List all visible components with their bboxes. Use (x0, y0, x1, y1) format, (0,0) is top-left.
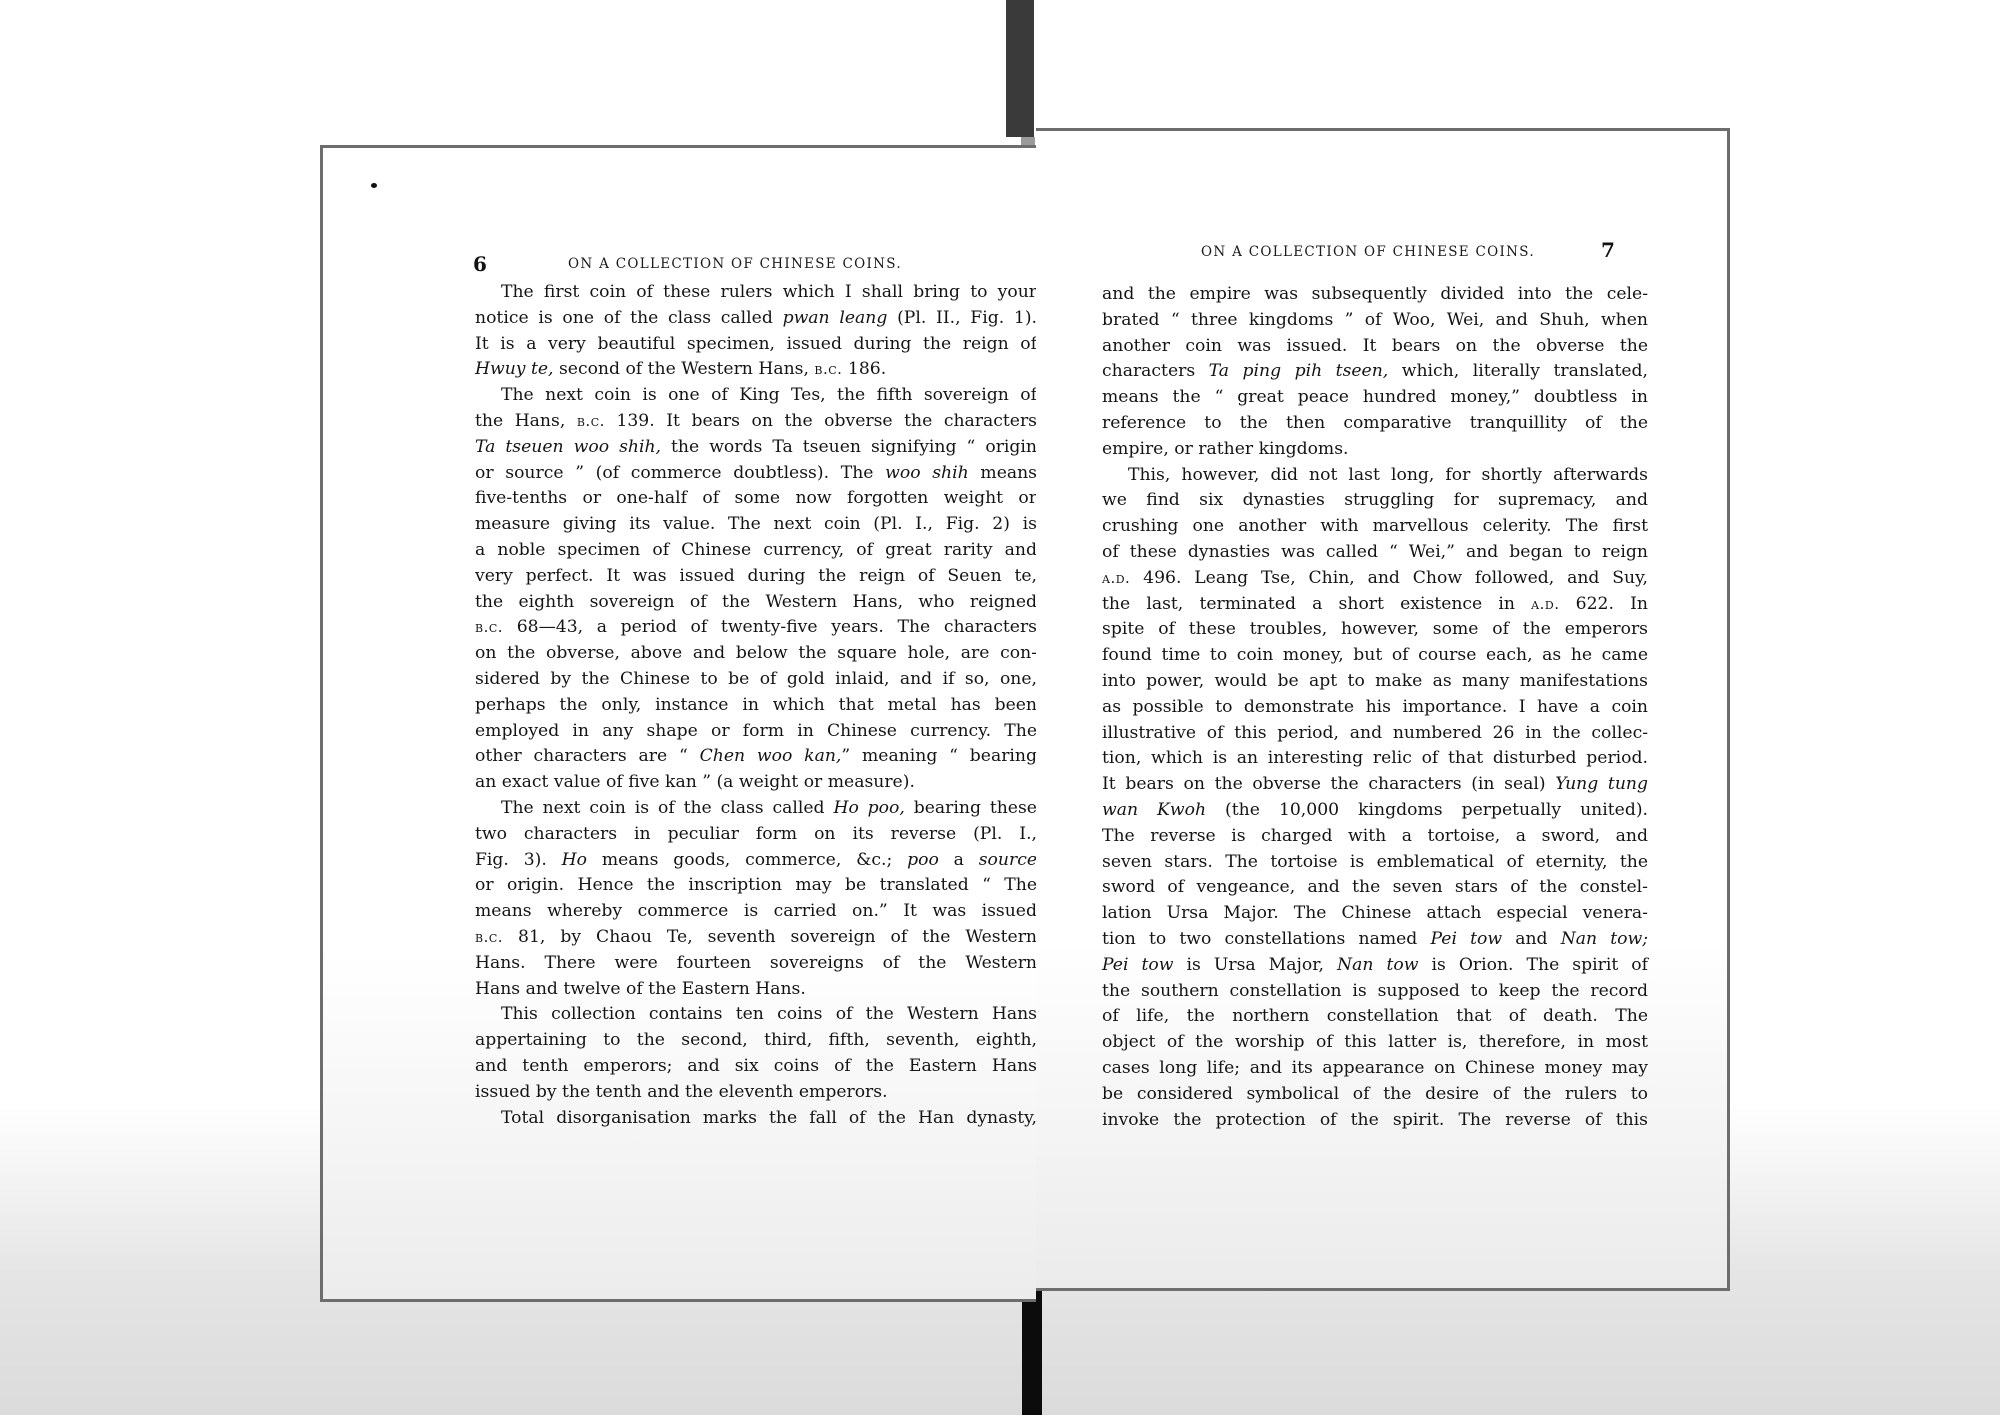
running-head: ON A COLLECTION OF CHINESE COINS. (568, 256, 902, 272)
text-line: characters Ta ping pih tseen, which, lit… (1102, 359, 1648, 385)
text-line: empire, or rather kingdoms. (1102, 437, 1648, 463)
text-line: sidered by the Chinese to be of gold inl… (475, 667, 1037, 693)
text-line: Hwuy te, second of the Western Hans, B.C… (475, 357, 1037, 383)
text-line: five-tenths or one-half of some now forg… (475, 486, 1037, 512)
body-text: The first coin of these rulers which I s… (475, 280, 1037, 1131)
text-line: very perfect. It was issued during the r… (475, 564, 1037, 590)
text-line: on the obverse, above and below the squa… (475, 641, 1037, 667)
page-number: 6 (473, 252, 487, 276)
page-number: 7 (1601, 238, 1615, 262)
text-line: Pei tow is Ursa Major, Nan tow is Orion.… (1102, 953, 1648, 979)
body-text: and the empire was subsequently divided … (1102, 282, 1648, 1133)
text-line: cases long life; and its appearance on C… (1102, 1056, 1648, 1082)
text-line: This collection contains ten coins of th… (475, 1002, 1037, 1028)
text-line: B.C. 68—43, a period of twenty-five year… (475, 615, 1037, 641)
text-line: The first coin of these rulers which I s… (475, 280, 1037, 306)
text-line: as possible to demonstrate his importanc… (1102, 695, 1648, 721)
text-line: notice is one of the class called pwan l… (475, 306, 1037, 332)
text-line: The next coin is one of King Tes, the fi… (475, 383, 1037, 409)
text-line: tion, which is an interesting relic of t… (1102, 746, 1648, 772)
text-line: we find six dynasties struggling for sup… (1102, 488, 1648, 514)
text-line: It is a very beautiful specimen, issued … (475, 332, 1037, 358)
text-line: The reverse is charged with a tortoise, … (1102, 824, 1648, 850)
text-line: tion to two constellations named Pei tow… (1102, 927, 1648, 953)
text-line: brated “ three kingdoms ” of Woo, Wei, a… (1102, 308, 1648, 334)
text-line: Hans and twelve of the Eastern Hans. (475, 977, 1037, 1003)
text-line: or source ” (of commerce doubtless). The… (475, 461, 1037, 487)
text-line: measure giving its value. The next coin … (475, 512, 1037, 538)
text-line: other characters are “ Chen woo kan,” me… (475, 744, 1037, 770)
text-line: B.C. 81, by Chaou Te, seventh sovereign … (475, 925, 1037, 951)
text-line: wan Kwoh (the 10,000 kingdoms perpetuall… (1102, 798, 1648, 824)
text-line: the Hans, B.C. 139. It bears on the obve… (475, 409, 1037, 435)
text-line: seven stars. The tortoise is emblematica… (1102, 850, 1648, 876)
book-spine-top (1006, 0, 1034, 137)
text-line: illustrative of this period, and numbere… (1102, 721, 1648, 747)
text-line: This, however, did not last long, for sh… (1102, 463, 1648, 489)
text-line: lation Ursa Major. The Chinese attach es… (1102, 901, 1648, 927)
text-line: issued by the tenth and the eleventh emp… (475, 1080, 1037, 1106)
text-line: perhaps the only, instance in which that… (475, 693, 1037, 719)
text-line: Total disorganisation marks the fall of … (475, 1106, 1037, 1132)
text-line: an exact value of five kan ” (a weight o… (475, 770, 1037, 796)
ink-speck (371, 183, 377, 188)
book-spine-bottom (1022, 1286, 1042, 1415)
text-line: of life, the northern constellation that… (1102, 1004, 1648, 1030)
text-line: be considered symbolical of the desire o… (1102, 1082, 1648, 1108)
right-page: ON A COLLECTION OF CHINESE COINS. 7 and … (1036, 128, 1730, 1291)
text-line: and tenth emperors; and six coins of the… (475, 1054, 1037, 1080)
text-line: reference to the then comparative tranqu… (1102, 411, 1648, 437)
text-line: A.D. 496. Leang Tse, Chin, and Chow foll… (1102, 566, 1648, 592)
text-line: The next coin is of the class called Ho … (475, 796, 1037, 822)
running-head: ON A COLLECTION OF CHINESE COINS. (1201, 244, 1535, 260)
text-line: invoke the protection of the spirit. The… (1102, 1108, 1648, 1134)
text-line: a noble specimen of Chinese currency, of… (475, 538, 1037, 564)
text-line: spite of these troubles, however, some o… (1102, 617, 1648, 643)
text-line: Hans. There were fourteen sovereigns of … (475, 951, 1037, 977)
text-line: appertaining to the second, third, fifth… (475, 1028, 1037, 1054)
text-line: the eighth sovereign of the Western Hans… (475, 590, 1037, 616)
text-line: crushing one another with marvellous cel… (1102, 514, 1648, 540)
text-line: into power, would be apt to make as many… (1102, 669, 1648, 695)
text-line: sword of vengeance, and the seven stars … (1102, 875, 1648, 901)
left-page: 6 ON A COLLECTION OF CHINESE COINS. The … (320, 145, 1036, 1302)
text-line: two characters in peculiar form on its r… (475, 822, 1037, 848)
text-line: or origin. Hence the inscription may be … (475, 873, 1037, 899)
text-line: found time to coin money, but of course … (1102, 643, 1648, 669)
text-line: the last, terminated a short existence i… (1102, 592, 1648, 618)
text-line: It bears on the obverse the characters (… (1102, 772, 1648, 798)
text-line: and the empire was subsequently divided … (1102, 282, 1648, 308)
text-line: of these dynasties was called “ Wei,” an… (1102, 540, 1648, 566)
text-line: another coin was issued. It bears on the… (1102, 334, 1648, 360)
text-line: Ta tseuen woo shih, the words Ta tseuen … (475, 435, 1037, 461)
text-line: employed in any shape or form in Chinese… (475, 719, 1037, 745)
text-line: object of the worship of this latter is,… (1102, 1030, 1648, 1056)
text-line: means the “ great peace hundred money,” … (1102, 385, 1648, 411)
text-line: Fig. 3). Ho means goods, commerce, &c.; … (475, 848, 1037, 874)
text-line: means whereby commerce is carried on.” I… (475, 899, 1037, 925)
text-line: the southern constellation is supposed t… (1102, 979, 1648, 1005)
